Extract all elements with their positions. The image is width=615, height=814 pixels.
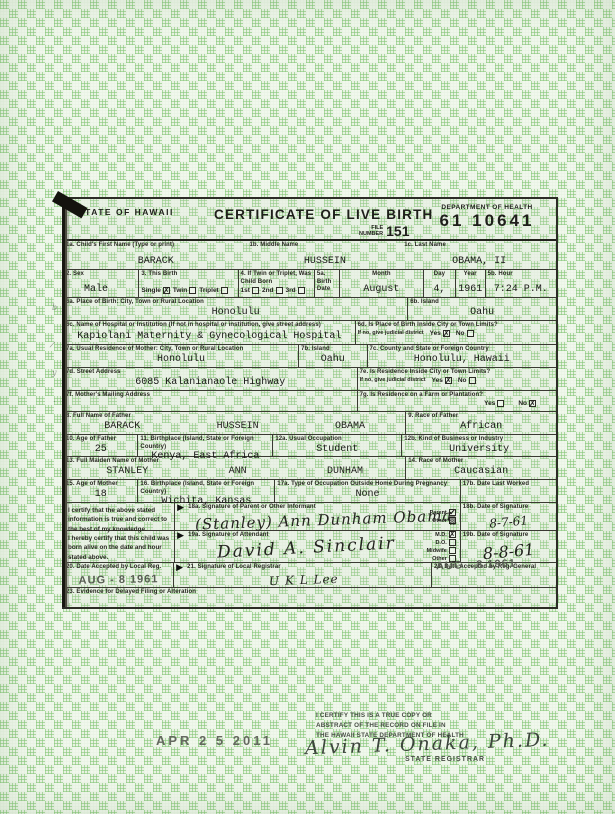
birth-island-value: Oahu (410, 307, 554, 319)
mother-name-value: STANLEYANNDUNHAM (66, 466, 403, 478)
field-date-last-worked: 17b. Date Last Worked (461, 480, 556, 502)
field-child-last-name: 1c. Last Name OBAMA, II (402, 241, 556, 269)
signature-arrow-icon: ▶ (177, 504, 184, 513)
field-twin-order: 4. If Twin or Triplet, Was Child Born 1s… (239, 270, 315, 297)
field-sex: 2. Sex Male (64, 270, 139, 297)
checkbox-triplet (221, 287, 228, 294)
field-residence-city-limits: 7e. Is Residence Inside City or Town Lim… (358, 368, 556, 390)
field-mother-residence-city: 7a. Usual Residence of Mother: City, Tow… (64, 345, 299, 367)
field-child-middle-name: 1b. Middle Name HUSSEIN (248, 241, 403, 269)
field-birth-hour: 5b. Hour 7:24 P.M. (486, 270, 556, 297)
date-last-worked-value (463, 500, 554, 501)
row-mother-details: 15. Age of Mother 18 16. Birthplace (Isl… (64, 480, 556, 503)
checkbox-midwife (449, 547, 456, 554)
street-address-value: 6085 Kalanianaole Highway (66, 377, 355, 389)
checkbox-7e-yes: ✗ (445, 377, 452, 384)
state-registrar-title: STATE REGISTRAR (405, 756, 485, 763)
parent-signature-date-value: 8-7-61 (462, 511, 554, 533)
checkbox-do (449, 539, 456, 546)
birth-certificate-form: STATE OF HAWAII CERTIFICATE OF LIVE BIRT… (62, 197, 558, 609)
field-birth-year: Year 1961 (456, 270, 486, 297)
field-attendant-signature: ▶19a. Signature of Attendant David A. Si… (175, 531, 461, 562)
field-mother-race: 14. Race of Mother Caucasian (406, 457, 556, 479)
father-name-value: BARACKHUSSEINOBAMA (66, 421, 403, 433)
field-local-registrar-signature: ▶21. Signature of Local Registrar U K L … (174, 563, 432, 587)
checkbox-7g-no: ✗ (529, 400, 536, 407)
form-header: STATE OF HAWAII CERTIFICATE OF LIVE BIRT… (64, 199, 556, 241)
checkbox-3rd (298, 287, 305, 294)
checkbox-7g-yes (497, 400, 504, 407)
row-parent-signature: I certify that the above stated informat… (64, 503, 556, 531)
field-father-birthplace: 11. Birthplace (Island, State or Foreign… (138, 435, 273, 456)
row-place-of-birth: 6a. Place of Birth: City, Town or Rural … (64, 298, 556, 321)
checkbox-md: ✗ (449, 531, 456, 538)
father-industry-value: University (404, 444, 554, 456)
father-race-value: African (408, 421, 554, 433)
field-birth-day: Day 4, (424, 270, 456, 297)
father-occupation-value: Student (275, 444, 399, 456)
row-evidence: 23. Evidence for Delayed Filing or Alter… (64, 588, 556, 607)
field-birth-month: Month August (340, 270, 424, 297)
margin-pencil-mark: b (52, 303, 57, 312)
field-mother-age: 15. Age of Mother 18 (64, 480, 138, 502)
certificate-number: 61 10641 (422, 211, 552, 231)
field-father-full-name: 8. Full Name of Father BARACKHUSSEINOBAM… (64, 412, 406, 434)
certify-statement-2: I hereby certify that this child was bor… (64, 531, 175, 562)
file-number-block: FILE NUMBER 151 (359, 223, 410, 239)
state-name: STATE OF HAWAII (78, 207, 174, 217)
row-mailing-address: 7f. Mother's Mailing Address 7g. Is Resi… (64, 391, 556, 412)
birth-month-value: August (342, 284, 421, 296)
field-evidence-delayed-filing: 23. Evidence for Delayed Filing or Alter… (64, 588, 556, 607)
birth-hour-value: 7:24 P.M. (488, 284, 554, 296)
checkbox-7e-no (469, 377, 476, 384)
local-reg-date-stamp: AUG - 8 1961 (66, 573, 171, 587)
field-parent-signature: ▶18a. Signature of Parent or Other Infor… (175, 503, 461, 530)
field-residence-county: 7c. County and State or Foreign Country … (368, 345, 556, 367)
field-birth-island: 6b. Island Oahu (408, 298, 556, 320)
child-last-name-value: OBAMA, II (404, 256, 554, 268)
field-birth-date-label: 5a. Birth Date (315, 270, 340, 297)
checkbox-single: ✗ (163, 287, 170, 294)
mother-mailing-address-value (66, 409, 355, 410)
row-sex-birthdate: 2. Sex Male 3. This Birth Single✗ Twin T… (64, 270, 556, 298)
green-security-paper: b / y . STATE OF HAWAII CERTIFICATE OF L… (0, 0, 615, 814)
field-father-race: 9. Race of Father African (406, 412, 556, 434)
local-registrar-signature-value: U K L Lee (269, 572, 339, 588)
field-place-of-birth: 6a. Place of Birth: City, Town or Rural … (64, 298, 408, 320)
child-middle-name-value: HUSSEIN (250, 256, 401, 268)
mother-residence-city-value: Honolulu (66, 354, 296, 366)
row-street-address: 7d. Street Address 6085 Kalanianaole Hig… (64, 368, 556, 391)
form-title: CERTIFICATE OF LIVE BIRTH (214, 207, 434, 222)
checkbox-twin (189, 287, 196, 294)
checkbox-2nd (276, 287, 283, 294)
mother-race-value: Caucasian (408, 466, 554, 478)
residence-county-value: Honolulu, Hawaii (370, 354, 554, 366)
field-mother-occupation: 17a. Type of Occupation Outside Home Dur… (275, 480, 460, 502)
child-first-name-value: BARACK (66, 256, 246, 268)
field-father-age: 10. Age of Father 25 (64, 435, 138, 456)
row-mother-residence: 7a. Usual Residence of Mother: City, Tow… (64, 345, 556, 368)
margin-pencil-mark: / (50, 340, 55, 349)
field-father-industry: 12b. Kind of Business or Industry Univer… (402, 435, 556, 456)
checkbox-6d-yes: ✗ (443, 330, 450, 337)
file-number: 151 (386, 223, 409, 239)
place-of-birth-value: Honolulu (66, 307, 405, 319)
father-age-value: 25 (66, 444, 135, 456)
row-father-details: 10. Age of Father 25 11. Birthplace (Isl… (64, 435, 556, 457)
date-received-stamp: APR 2 5 2011 (156, 733, 273, 748)
mother-occupation-value: None (277, 489, 457, 501)
field-father-occupation: 12a. Usual Occupation Student (273, 435, 402, 456)
row-father-name: 8. Full Name of Father BARACKHUSSEINOBAM… (64, 412, 556, 435)
residence-island-value: Oahu (301, 354, 364, 366)
signature-arrow-icon: ▶ (177, 532, 184, 541)
birth-day-value: 4, (426, 284, 453, 296)
checkbox-6d-no (467, 330, 474, 337)
birth-year-value: 1961 (458, 284, 483, 296)
file-label2: NUMBER (359, 231, 383, 237)
row-mother-name: 13. Full Maiden Name of Mother STANLEYAN… (64, 457, 556, 480)
field-farm-plantation: 7g. Is Residence on a Farm or Plantation… (358, 391, 556, 411)
field-mother-maiden-name: 13. Full Maiden Name of Mother STANLEYAN… (64, 457, 406, 479)
field-residence-island: 7b. Island Oahu (299, 345, 367, 367)
certify-statement-1: I certify that the above stated informat… (64, 503, 175, 530)
field-birth-city-limits: 6d. Is Place of Birth Inside City or Tow… (356, 321, 556, 344)
field-mother-mailing-address: 7f. Mother's Mailing Address (64, 391, 358, 411)
margin-pencil-mark: y (52, 368, 57, 377)
field-date-accepted-general: 22. Date Accepted by Reg. General AUG - … (432, 563, 556, 587)
checkbox-1st (252, 287, 259, 294)
row-hospital: 6c. Name of Hospital or Institution (If … (64, 321, 556, 345)
field-street-address: 7d. Street Address 6085 Kalanianaole Hig… (64, 368, 358, 390)
row-registrar: 20. Date Accepted by Local Reg. AUG - 8 … (64, 563, 556, 588)
field-mother-birthplace: 16. Birthplace (Island, State or Foreign… (138, 480, 275, 502)
mother-age-value: 18 (66, 489, 135, 501)
field-child-first-name: 1a. Child's First Name (Type or print) B… (64, 241, 248, 269)
field-parent-signature-date: 18b. Date of Signature 8-7-61 (461, 503, 556, 530)
field-date-accepted-local: 20. Date Accepted by Local Reg. AUG - 8 … (64, 563, 174, 587)
row-child-name: 1a. Child's First Name (Type or print) B… (64, 241, 556, 270)
field-hospital-name: 6c. Name of Hospital or Institution (If … (64, 321, 356, 344)
field-this-birth: 3. This Birth Single✗ Twin Triplet (139, 270, 238, 297)
department-name: DEPARTMENT OF HEALTH (422, 204, 552, 211)
margin-pencil-mark: . (53, 395, 56, 404)
signature-arrow-icon: ▶ (176, 564, 183, 573)
hospital-name-value: Kapiolani Maternity & Gynecological Hosp… (66, 331, 353, 343)
sex-value: Male (66, 284, 136, 296)
